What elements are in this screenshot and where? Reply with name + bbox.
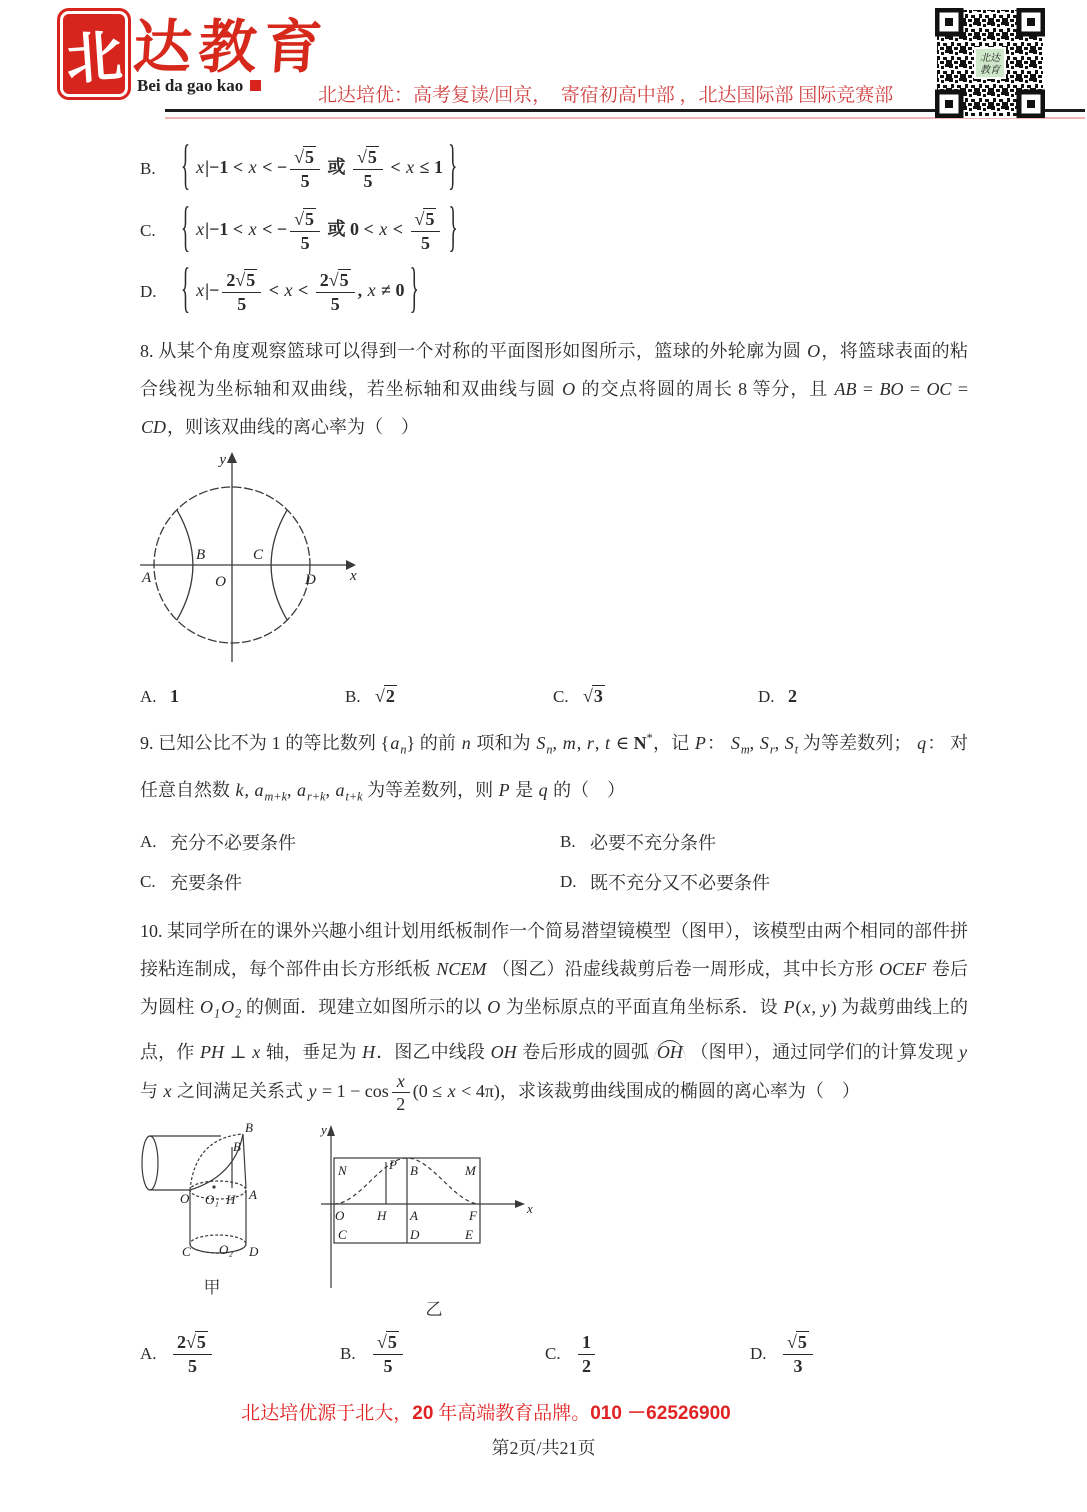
math-token: N	[634, 733, 647, 753]
math-token: (0 ≤	[413, 1081, 447, 1101]
math-token: 5	[303, 146, 316, 167]
option-text: 充要条件	[170, 869, 242, 895]
math-token: x	[195, 219, 205, 239]
svg-text:D: D	[304, 572, 316, 588]
option-a: A.1	[140, 686, 345, 708]
math-token: 的（ ）	[549, 780, 626, 800]
question-8-figure: y x O A B C D	[138, 448, 968, 672]
math-token: <	[386, 157, 405, 177]
svg-text:O: O	[335, 1208, 345, 1223]
math-token: 5	[423, 208, 436, 229]
math-token: ⊥	[225, 1042, 251, 1062]
option-b: B.√2	[345, 686, 553, 708]
option-formula: {x|−2√55 < x < 2√55, x ≠ 0}	[176, 270, 424, 313]
math-token: 2	[396, 1094, 405, 1114]
math-token: 或	[323, 157, 350, 177]
option-a: A.2√55	[140, 1332, 340, 1375]
svg-text:A: A	[141, 570, 152, 586]
math-token: x	[248, 219, 258, 239]
math-token: 与	[140, 1081, 163, 1101]
math-token: √55	[290, 209, 320, 252]
math-token: 3	[592, 685, 605, 706]
header: 北 达教育 Bei da gao kao 北达培优：高考复读/回京， 寄宿初高中…	[0, 0, 1087, 130]
brand-subtitle: Bei da gao kao	[137, 76, 261, 96]
math-token: k	[235, 780, 245, 800]
svg-text:C: C	[338, 1227, 347, 1242]
math-token: S	[535, 733, 546, 753]
math-token: 5	[188, 1356, 197, 1376]
math-token: < −	[258, 219, 288, 239]
option-label: B.	[140, 159, 176, 179]
option-c: C.充要条件	[140, 869, 560, 895]
math-token: }	[448, 136, 457, 202]
math-token: 5	[338, 269, 351, 290]
math-token: √53	[783, 1332, 813, 1375]
math-token: CD	[140, 417, 167, 437]
math-token: |−	[205, 280, 219, 300]
page-number: 第2页/共21页	[0, 1434, 1087, 1460]
math-token: 5	[331, 294, 340, 314]
figure-caption: 甲	[136, 1273, 288, 1298]
math-token: 5	[237, 294, 246, 314]
math-token: √55	[411, 209, 441, 252]
math-token: √5	[373, 1332, 403, 1354]
math-token: = 1 − cos	[318, 1081, 389, 1101]
math-token: q	[538, 780, 549, 800]
math-token: x	[163, 1081, 173, 1101]
math-token: √5	[357, 147, 379, 167]
math-token: x	[447, 1081, 457, 1101]
math-token: 5	[421, 233, 430, 253]
math-token: ,	[358, 280, 367, 300]
math-token: OH	[654, 1040, 686, 1062]
phone-number: 010 －62526900	[590, 1403, 731, 1424]
math-token: 轴，垂足为	[261, 1042, 361, 1062]
math-token: 8. 从某个角度观察篮球可以得到一个对称的平面图形如图所示，篮球的外轮廓为圆	[140, 341, 806, 361]
math-token: 5	[244, 269, 257, 290]
math-token: 5	[290, 170, 320, 191]
math-token: √5	[186, 1332, 208, 1352]
logo-seal-character: 北	[63, 12, 124, 96]
math-token: a	[389, 733, 400, 753]
math-token: }	[448, 198, 457, 264]
math-token: √5	[415, 209, 437, 229]
option-b: B.√55	[340, 1332, 545, 1375]
math-token: √5	[294, 209, 316, 229]
svg-text:y: y	[319, 1122, 327, 1137]
svg-text:D: D	[409, 1227, 420, 1242]
svg-text:H: H	[225, 1192, 236, 1207]
question-8-options: A.1 B.√2 C.√3 D.2	[140, 678, 968, 716]
math-token: < 4π)，求该裁剪曲线围成的椭圆的离心率为（ ）	[457, 1081, 860, 1101]
math-token: t+k	[345, 789, 362, 803]
math-token: √55	[353, 147, 383, 190]
math-token: 2	[578, 1355, 595, 1376]
option-text: 既不充分又不必要条件	[590, 869, 770, 895]
math-token: 5	[303, 208, 316, 229]
svg-text:C: C	[253, 547, 264, 563]
math-token: OH	[490, 1042, 518, 1062]
math-token: x	[801, 997, 811, 1017]
math-token: x	[392, 1071, 410, 1093]
math-token: 5	[353, 170, 383, 191]
math-token: BO	[878, 379, 904, 399]
svg-text:P: P	[388, 1157, 397, 1172]
figure-yi: y x N B M P O H A F C D E 乙	[306, 1120, 562, 1320]
option-row-d: D. {x|−2√55 < x < 2√55, x ≠ 0}	[140, 262, 968, 322]
math-token: m	[562, 733, 577, 753]
svg-text:x: x	[349, 568, 357, 584]
math-token: x	[405, 157, 415, 177]
math-token: √5	[783, 1332, 813, 1354]
option-c: C.√3	[553, 686, 758, 708]
math-token: 2	[320, 270, 329, 290]
svg-text:H: H	[376, 1208, 387, 1223]
svg-text:B: B	[245, 1120, 253, 1135]
math-token: 12	[578, 1332, 595, 1375]
math-token: 2√55	[173, 1332, 212, 1375]
math-token: 5	[301, 233, 310, 253]
cut-pattern-figure: y x N B M P O H A F C D E	[307, 1120, 562, 1292]
math-token: √5	[377, 1332, 399, 1352]
math-token: n	[461, 733, 472, 753]
option-formula: {x|−1 < x < −√55 或 0 < x < √55}	[176, 209, 463, 252]
svg-text:A: A	[248, 1187, 257, 1202]
math-token: y	[308, 1081, 318, 1101]
math-token: ,	[287, 780, 296, 800]
math-token: t	[604, 733, 611, 753]
math-token: √5	[294, 147, 316, 167]
math-token: =	[952, 379, 968, 399]
math-token: 5	[316, 293, 355, 314]
option-c: C.12	[545, 1332, 750, 1375]
math-token: 2√5	[316, 270, 355, 292]
math-token: 为坐标原点的平面直角坐标系．设	[501, 997, 782, 1017]
math-token: a	[334, 780, 345, 800]
svg-text:y: y	[217, 452, 226, 468]
math-token: S	[730, 733, 741, 753]
brand-name: 达教育	[131, 0, 332, 84]
question-9-stem: 9. 已知公比不为 1 的等比数列 {an} 的前 n 项和为 Sn, m, r…	[140, 718, 968, 816]
math-token: ，记	[653, 733, 694, 753]
math-token: 5	[383, 1356, 392, 1376]
math-token: x	[195, 157, 205, 177]
math-token: √55	[290, 147, 320, 190]
math-token: 3	[783, 1355, 813, 1376]
exam-content: B. {x|−1 < x < −√55 或 √55 < x ≤ 1} C. {x…	[140, 138, 968, 1386]
option-d: D.2	[758, 686, 968, 708]
math-token: H	[361, 1042, 376, 1062]
figure-jia: B B O O₁ H A C O₂ D 甲	[136, 1120, 288, 1298]
math-token: 5	[363, 171, 372, 191]
svg-text:F: F	[468, 1208, 478, 1223]
math-token: 2√55	[222, 270, 261, 313]
svg-text:O₁: O₁	[205, 1192, 219, 1207]
figure-caption: 乙	[306, 1295, 562, 1320]
math-token: } 的前	[406, 733, 460, 753]
math-token: P	[782, 997, 795, 1017]
math-token: O	[806, 341, 821, 361]
math-token: √5	[235, 270, 257, 290]
svg-text:D: D	[248, 1244, 259, 1259]
svg-text:B: B	[196, 547, 205, 563]
math-token: PH	[199, 1042, 225, 1062]
math-token: 是	[511, 780, 538, 800]
math-token: 5	[301, 171, 310, 191]
math-token: ,	[775, 733, 784, 753]
math-token: √5	[787, 1332, 809, 1352]
math-token: < −	[258, 157, 288, 177]
math-token: 卷后形成的圆弧	[518, 1042, 654, 1062]
option-text: 必要不充分条件	[590, 829, 716, 855]
math-token: ,	[245, 780, 254, 800]
math-token: √5	[290, 147, 320, 169]
svg-text:M: M	[464, 1163, 477, 1178]
math-token: 5	[411, 232, 441, 253]
math-token: （图甲），通过同学们的计算发现	[686, 1042, 958, 1062]
question-10-options: A.2√55 B.√55 C.12 D.√53	[140, 1322, 968, 1386]
math-token: ≠ 0	[377, 280, 405, 300]
svg-text:O: O	[180, 1191, 190, 1206]
svg-text:x: x	[526, 1201, 533, 1216]
math-token: ,	[553, 733, 562, 753]
math-token: 3	[793, 1356, 802, 1376]
math-token: ,	[811, 997, 820, 1017]
math-token: y	[958, 1042, 968, 1062]
math-token: 1	[582, 1332, 591, 1352]
math-token: OCEF	[878, 959, 927, 979]
math-token: O	[486, 997, 501, 1017]
logo-seal: 北	[57, 8, 131, 100]
svg-text:教育: 教育	[980, 64, 1002, 76]
math-token: 之间满足关系式	[173, 1081, 308, 1101]
math-token: x2	[392, 1071, 410, 1114]
math-token: 的侧面．现建立如图所示的以	[241, 997, 486, 1017]
math-token: 5	[796, 1331, 809, 1352]
red-square-icon	[250, 80, 261, 91]
math-token: ,	[750, 733, 759, 753]
math-token: 为等差数列；	[798, 733, 916, 753]
math-token: √2	[375, 686, 397, 706]
math-token: ：	[707, 733, 730, 753]
math-token: {	[181, 198, 190, 264]
math-token: m+k	[265, 789, 288, 803]
svg-text:O₂: O₂	[219, 1242, 233, 1257]
math-token: |−1 <	[205, 219, 247, 239]
math-token: 1	[578, 1332, 595, 1354]
option-formula: {x|−1 < x < −√55 或 √55 < x ≤ 1}	[176, 147, 462, 190]
option-row-c: C. {x|−1 < x < −√55 或 0 < x < √55}	[140, 200, 968, 262]
math-token: x	[378, 219, 388, 239]
math-token: ,	[595, 733, 604, 753]
svg-text:E: E	[464, 1227, 473, 1242]
math-token: =	[858, 379, 879, 399]
option-d: D.√53	[750, 1332, 968, 1375]
math-token: 或 0 <	[323, 219, 378, 239]
periscope-model-figure: B B O O₁ H A C O₂ D	[137, 1120, 287, 1270]
math-token: r+k	[307, 789, 325, 803]
math-token: √3	[583, 686, 605, 706]
option-b: B.必要不充分条件	[560, 829, 968, 855]
option-label: D.	[140, 282, 176, 302]
math-token: x	[251, 1042, 261, 1062]
math-token: 9. 已知公比不为 1 的等比数列 {	[140, 733, 389, 753]
basketball-hyperbola-figure: y x O A B C D	[138, 448, 368, 670]
math-token: x	[284, 280, 294, 300]
math-token: =	[904, 379, 925, 399]
question-9-options: A.充分不必要条件 B.必要不充分条件 C.充要条件 D.既不充分又不必要条件	[140, 822, 968, 902]
math-token: √5	[290, 209, 320, 231]
math-token: 5	[386, 1331, 399, 1352]
question-10-figures: B B O O₁ H A C O₂ D 甲	[136, 1120, 968, 1312]
option-text: 充分不必要条件	[170, 829, 296, 855]
math-token: ≤ 1	[415, 157, 443, 177]
option-a: A.充分不必要条件	[140, 829, 560, 855]
math-token: √5	[353, 147, 383, 169]
math-token: r	[586, 733, 595, 753]
math-token: O	[561, 379, 576, 399]
math-token: 2√5	[222, 270, 261, 292]
math-token: 2	[384, 685, 397, 706]
math-token: 的交点将圆的周长 8 等分，且	[576, 379, 833, 399]
math-token: <	[388, 219, 407, 239]
svg-text:A: A	[409, 1208, 418, 1223]
svg-text:B: B	[233, 1139, 241, 1154]
question-10-stem: 10. 某同学所在的课外兴趣小组计划用纸板制作一个简易潜望镜模型（图甲），该模型…	[140, 912, 968, 1114]
svg-text:O: O	[215, 574, 226, 590]
math-token: x	[367, 280, 377, 300]
math-token: ．图乙中线段	[376, 1042, 490, 1062]
svg-text:N: N	[337, 1163, 348, 1178]
math-token: √55	[373, 1332, 403, 1375]
math-token: 2	[582, 1356, 591, 1376]
math-token: P	[694, 733, 707, 753]
math-token: 5	[290, 232, 320, 253]
math-token: ∈	[611, 733, 634, 753]
math-token: NCEM	[435, 959, 487, 979]
math-token: <	[264, 280, 283, 300]
math-token: {	[181, 259, 190, 325]
exam-page: 北 达教育 Bei da gao kao 北达培优：高考复读/回京， 寄宿初高中…	[0, 0, 1087, 1512]
math-token: ,	[577, 733, 586, 753]
question-8-stem: 8. 从某个角度观察篮球可以得到一个对称的平面图形如图所示，篮球的外轮廓为圆 O…	[140, 332, 968, 446]
math-token: OC	[925, 379, 952, 399]
math-token: （图乙）沿虚线裁剪后卷一周形成，其中长方形	[487, 959, 878, 979]
svg-text:B: B	[410, 1163, 418, 1178]
math-token: 为等差数列，则	[363, 780, 498, 800]
option-d: D.既不充分又不必要条件	[560, 869, 968, 895]
math-token: 5	[173, 1355, 212, 1376]
math-token: √5	[329, 270, 351, 290]
math-token: x	[248, 157, 258, 177]
math-token: 项和为	[472, 733, 536, 753]
math-token: |−1 <	[205, 157, 247, 177]
math-token: 5	[222, 293, 261, 314]
math-token: 2	[226, 270, 235, 290]
math-token: O	[199, 997, 214, 1017]
math-token: O	[220, 997, 235, 1017]
svg-text:北达: 北达	[980, 52, 1002, 64]
math-token: 1	[170, 686, 179, 706]
option-label: C.	[140, 221, 176, 241]
header-tagline: 北达培优：高考复读/回京， 寄宿初高中部 ，北达国际部 国际竞赛部	[318, 80, 893, 107]
math-token: a	[254, 780, 265, 800]
math-token: }	[410, 259, 419, 325]
math-token: 2√5	[173, 1332, 212, 1354]
math-token: 5	[366, 146, 379, 167]
math-token: a	[296, 780, 307, 800]
math-token: S	[759, 733, 770, 753]
option-row-b: B. {x|−1 < x < −√55 或 √55 < x ≤ 1}	[140, 138, 968, 200]
math-token: 2	[177, 1332, 186, 1352]
math-token: 2	[788, 686, 797, 706]
math-token: y	[821, 997, 831, 1017]
qr-code: 北达 教育	[935, 8, 1045, 118]
math-token: 2	[392, 1093, 410, 1114]
math-token: AB	[834, 379, 858, 399]
math-token: 2√55	[316, 270, 355, 313]
svg-text:C: C	[182, 1244, 191, 1259]
math-token: {	[181, 136, 190, 202]
math-token: ，则该双曲线的离心率为（ ）	[167, 417, 419, 437]
math-token: m	[741, 743, 750, 757]
math-token: 5	[195, 1331, 208, 1352]
math-token: S	[784, 733, 795, 753]
footer-slogan: 北达培优源于北大，20 年高端教育品牌。010 －62526900	[0, 1398, 1087, 1425]
math-token: 5	[373, 1355, 403, 1376]
math-token: P	[498, 780, 511, 800]
math-token: √5	[411, 209, 441, 231]
math-token: x	[396, 1071, 406, 1091]
math-token: x	[195, 280, 205, 300]
math-token: q	[916, 733, 927, 753]
math-token: <	[294, 280, 313, 300]
